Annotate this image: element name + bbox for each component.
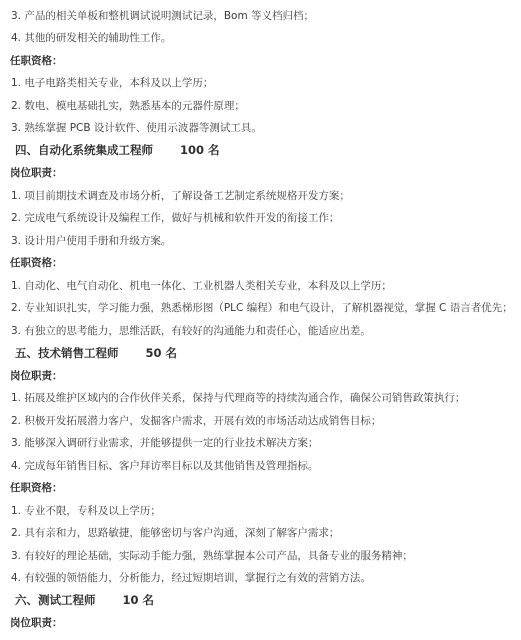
list-item: 2. 具有亲和力，思路敏捷，能够密切与客户沟通，深刻了解客户需求；: [0, 522, 521, 545]
list-item: 3. 有较好的理论基础，实际动手能力强，熟练掌握本公司产品，具备专业的服务精神；: [0, 544, 521, 567]
list-item: 4. 其他的研发相关的辅助性工作。: [0, 27, 521, 50]
section-title: 六、测试工程师: [15, 592, 96, 608]
subheading: 岗位职责：: [0, 162, 521, 185]
list-item: 1. 自动化、电气自动化、机电一体化、工业机器人类相关专业，本科及以上学历；: [0, 274, 521, 297]
list-item: 3. 能够深入调研行业需求，并能够提供一定的行业技术解决方案；: [0, 432, 521, 455]
list-item: 3. 产品的相关单板和整机调试说明测试记录，Bom 等义档归档；: [0, 4, 521, 27]
list-item: 1. 拓展及维护区域内的合作伙伴关系，保持与代理商等的持续沟通合作，确保公司销售…: [0, 387, 521, 410]
list-item: 2. 完成电气系统设计及编程工作，做好与机械和软件开发的衔接工作；: [0, 207, 521, 230]
list-item: 2. 专业知识扎实，学习能力强，熟悉梯形图（PLC 编程）和电气设计，了解机器视…: [0, 297, 521, 320]
list-item: 1. 专业不限，专科及以上学历；: [0, 499, 521, 522]
section-title: 四、自动化系统集成工程师: [15, 142, 153, 158]
section-heading: 五、技术销售工程师50 名: [0, 342, 521, 365]
document-body: 3. 产品的相关单板和整机调试说明测试记录，Bom 等义档归档；4. 其他的研发…: [0, 4, 521, 634]
section-headcount: 100 名: [180, 142, 220, 158]
subheading: 任职资格：: [0, 49, 521, 72]
subheading: 任职资格：: [0, 477, 521, 500]
subheading: 任职资格：: [0, 252, 521, 275]
subheading: 岗位职责：: [0, 364, 521, 387]
section-headcount: 50 名: [146, 345, 178, 361]
list-item: 1. 电子电路类相关专业，本科及以上学历；: [0, 72, 521, 95]
section-headcount: 10 名: [123, 592, 155, 608]
list-item: 3. 设计用户使用手册和升级方案。: [0, 229, 521, 252]
document-page: 3. 产品的相关单板和整机调试说明测试记录，Bom 等义档归档；4. 其他的研发…: [0, 0, 521, 640]
section-heading: 六、测试工程师10 名: [0, 589, 521, 612]
list-item: 4. 完成每年销售目标、客户拜访率目标以及其他销售及管理指标。: [0, 454, 521, 477]
list-item: 2. 积极开发拓展潜力客户，发掘客户需求，开展有效的市场活动达成销售目标；: [0, 409, 521, 432]
list-item: 3. 有独立的思考能力，思维活跃，有较好的沟通能力和责任心，能适应出差。: [0, 319, 521, 342]
list-item: 1. 项目前期技术调查及市场分析，了解设备工艺制定系统规格开发方案；: [0, 184, 521, 207]
list-item: 2. 数电、模电基础扎实，熟悉基本的元器件原理；: [0, 94, 521, 117]
subheading: 岗位职责：: [0, 612, 521, 635]
list-item: 3. 熟练掌握 PCB 设计软件、使用示波器等测试工具。: [0, 117, 521, 140]
section-heading: 四、自动化系统集成工程师100 名: [0, 139, 521, 162]
list-item: 4. 有较强的领悟能力，分析能力，经过短期培训，掌握行之有效的营销方法。: [0, 567, 521, 590]
section-title: 五、技术销售工程师: [15, 345, 119, 361]
